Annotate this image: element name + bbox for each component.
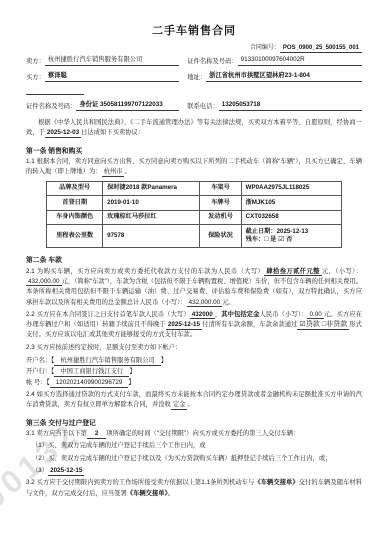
engine-no-label: 发动机号 <box>200 210 241 225</box>
seller-id-label: 证件名称及号码： <box>187 57 237 66</box>
color-label: 车身内饰颜色 <box>47 210 103 225</box>
account-name-value: 杭州捷胜行汽车销售服务有限公司 <box>54 357 160 366</box>
clause-1-1: 1.1 根据本合同，卖方同意向买方出售、买方同意向卖方购买以下所列的二手机动车（… <box>26 157 362 178</box>
account-bank-value: 中国工商银行钱江支行 <box>54 368 129 377</box>
clause-3-2-c: 。 <box>168 490 174 497</box>
table-row: 里程表公里数 97578 保险状况 截止日期：2025-12-13 残车：□ 是… <box>47 225 342 248</box>
account-number-label: 帐 号：【 <box>26 379 50 386</box>
account-number-value: 1202021409900296729 <box>50 379 129 388</box>
first-payment: 432000 <box>190 311 215 320</box>
plate-label: 车牌号 <box>200 196 241 211</box>
buyer-label: 买方： <box>26 73 45 82</box>
account-name-label: 开户名：【 <box>26 357 54 364</box>
engine-no-value: CXT032658 <box>241 210 341 225</box>
account-bank-label: 开户行：【 <box>26 368 54 375</box>
delivery-option-2: （2）买、卖双方完成车辆的过户登记手续以及（为买方贷款购买车辆）抵押登记手续后三… <box>26 454 362 464</box>
vin-label: 车架号 <box>200 181 241 196</box>
amount-numeric: 432,000.00 <box>26 278 62 287</box>
clause-2-1-a: 2.1 为购买车辆，买方应向卖方或卖方委托代收款方支付的车款为人民币（大写） <box>26 268 264 275</box>
buyer-id-label: 证件名称及号码： <box>26 102 76 111</box>
party-row-2: 买方： 蔡泽聪 地址： 浙江省杭州市拱墅区望林府23-1-804 <box>26 71 362 82</box>
section3-heading: 第三条 交付与过户登记 <box>26 417 362 427</box>
clause-2-4-a: 2.4 如买方选择通过贷款的方式支付车款，而最终买方未能按本合同约定办理贷款或者… <box>26 391 362 408</box>
insurance-label: 保险状况 <box>200 225 241 248</box>
checkbox-unchecked-icon: □ <box>264 236 268 243</box>
party-row-3: 证件名称及号码： 身份证 350581199707122033 联系电话： 13… <box>26 100 362 111</box>
salvage-label: 残车： <box>246 236 265 243</box>
loan-checkbox-group: ☑贷款 □非贷款 <box>297 321 349 330</box>
delivery-option-1: （1）买、卖双方完成车辆的过户登记手续后三个工作日内，或 <box>26 441 362 451</box>
clause-3-1-a: 3.1 卖方应当于以下第 <box>26 430 87 437</box>
checkbox-checked-icon: ☑ <box>278 236 284 243</box>
seller-id-value: 91330100097604002R <box>238 55 362 66</box>
table-row: 品牌及型号 保时捷2018 款Panamera 车架号 WP0AA2975JL1… <box>47 181 342 196</box>
delivery-date: 2025-12-15 <box>48 467 84 476</box>
table-row: 车身内饰颜色 玫瑰棕红马莎拉红 发动机号 CXT032658 <box>47 210 342 225</box>
mileage-label: 里程表公里数 <box>47 225 103 248</box>
intro-paragraph: 根据《中华人民共和国民法典》、《二手车流通管理办法》等有关法律法规，买卖双方本着… <box>26 118 362 139</box>
buyer-id-value: 身份证 350581199707122033 <box>76 100 179 111</box>
contract-page: 100132 二手车销售合同 合同编号：POS_0900_25_500155_0… <box>0 0 388 539</box>
buyer-name: 蔡泽聪 <box>45 71 179 82</box>
plate-value: 浙MJK105 <box>241 196 341 211</box>
bracket-close: 】 <box>128 379 134 386</box>
deposit-forfeit: 定金 <box>171 401 188 410</box>
account-bank-line: 开户行：【中国工商银行钱江支行】 <box>26 366 362 377</box>
clause-2-1: 2.1 为购买车辆，买方应向卖方或卖方委托代收款方支付的车款为人民币（大写）肆拾… <box>26 267 362 308</box>
transfer-city: 杭州市 <box>102 168 125 177</box>
clause-2-3: 2.3 买方应按前述约定按时，足额支付至卖方如下帐户： <box>26 343 362 353</box>
vin-value: WP0AA2975JL118025 <box>241 181 341 196</box>
party-row-1: 卖方： 杭州捷胜行汽车销售服务有限公司 证件名称及号码： 91330100097… <box>26 55 362 66</box>
section2-heading: 第二条 车款 <box>26 254 362 264</box>
first-reg-label: 首登日期 <box>47 196 103 211</box>
clause-2-4-b: 。 <box>187 401 193 408</box>
amount-in-words: 肆拾叁万贰仟元整 <box>264 268 322 277</box>
account-number-line: 帐 号：【1202021409900296729】 <box>26 377 362 388</box>
blank-underline <box>26 86 84 95</box>
clause-1-1-text: 1.1 根据本合同，卖方同意向买方出售、买方同意向卖方购买以下所列的二手机动车（… <box>26 158 362 175</box>
bracket-close: 】 <box>161 357 167 364</box>
address-label: 地址： <box>187 73 206 82</box>
bracket-close: 】 <box>129 368 135 375</box>
clause-2-1-d: 元。 <box>222 299 235 306</box>
clause-3-1-b: 项所确定的时间（“交付期限”）向买方或买方委托的第三人交付车辆： <box>106 430 299 437</box>
account-name-line: 开户名：【杭州捷胜行汽车销售服务有限公司】 <box>26 355 362 366</box>
insurance-expiry-date: 2025-12-13 <box>277 228 309 235</box>
insurance-cell: 截止日期：2025-12-13 残车：□ 是 ☑ 否 <box>241 225 341 248</box>
vehicle-info-table: 品牌及型号 保时捷2018 款Panamera 车架号 WP0AA2975JL1… <box>46 181 342 249</box>
phone-label: 联系电话： <box>187 102 218 111</box>
delivery-option-3-label: （3） <box>32 467 48 474</box>
handover-doc-name: 《车辆交接单》 <box>254 479 298 486</box>
salvage-line: 残车：□ 是 ☑ 否 <box>246 236 337 245</box>
contract-number-label: 合同编号： <box>250 45 280 51</box>
seller-label: 卖方： <box>26 57 45 66</box>
total-amount: 432,000.00 <box>187 299 223 308</box>
handover-doc-name: 《车辆交接单》 <box>127 490 168 497</box>
mileage-value: 97578 <box>103 225 200 248</box>
payment-deadline: 2025-12-15 <box>166 321 202 330</box>
clause-3-1: 3.1 卖方应当于以下第2项所确定的时间（“交付期限”）向买方或买方委托的第三人… <box>26 429 362 439</box>
intro-post: 日达成如下买卖协议： <box>81 129 144 136</box>
doc-title: 二手车销售合同 <box>26 22 362 38</box>
salvage-yes-label: 是 <box>270 236 276 243</box>
salvage-no-label: 否 <box>286 236 292 243</box>
clause-2-2-e: 付清所有车款余额，车款余款通过 <box>202 321 297 328</box>
brand-model-label: 品牌及型号 <box>47 181 103 196</box>
section1-heading: 第一条 销售和购买 <box>26 145 362 155</box>
clause-2-2: 2.2 买方应在本合同签订之日支付首笔车款人民币（大写）432000，其中包括定… <box>26 310 362 341</box>
insurance-expiry-label: 截止日期： <box>246 228 277 235</box>
clause-2-2-c: 人民币（小写）： <box>260 311 308 318</box>
delivery-option-number: 2 <box>87 430 107 439</box>
clause-3-2: 3.2 买方应于交付期限内到卖方的工作场所接受卖方依据以上第1.1条所列机动车与… <box>26 478 362 499</box>
insurance-expiry-line: 截止日期：2025-12-13 <box>246 228 337 237</box>
clause-2-2-a: 2.2 买方应在本合同签订之日支付首笔车款人民币（大写） <box>26 311 190 318</box>
intro-date: 2025-12-03 <box>45 129 81 138</box>
delivery-option-3: （3）2025-12-15 <box>26 466 362 476</box>
address-value: 浙江省杭州市拱墅区望林府23-1-804 <box>206 71 362 82</box>
clause-1-1-end: 。 <box>124 168 130 175</box>
clause-2-1-b: 元，（小写）： <box>322 268 362 275</box>
contract-number-value: POS_0900_25_500155_001 <box>280 45 362 53</box>
deposit-bold-text: 其中包括定金 <box>221 311 259 318</box>
deposit-amount: 0.00 <box>307 311 323 320</box>
phone-value: 13205053718 <box>219 100 362 111</box>
clause-2-4: 2.4 如买方选择通过贷款的方式支付车款，而最终买方未能按本合同约定办理贷款或者… <box>26 390 362 411</box>
seller-name: 杭州捷胜行汽车销售服务有限公司 <box>45 55 179 66</box>
contract-number-line: 合同编号：POS_0900_25_500155_001 <box>26 42 362 51</box>
color-value: 玫瑰棕红马莎拉红 <box>103 210 200 225</box>
brand-model-value: 保时捷2018 款Panamera <box>103 181 200 196</box>
clause-3-2-a: 3.2 买方应于交付期限内到卖方的工作场所接受卖方依据以上第1.1条所列机动车与 <box>26 479 254 486</box>
table-row: 首登日期 2019-01-10 车牌号 浙MJK105 <box>47 196 342 211</box>
first-reg-value: 2019-01-10 <box>103 196 200 211</box>
